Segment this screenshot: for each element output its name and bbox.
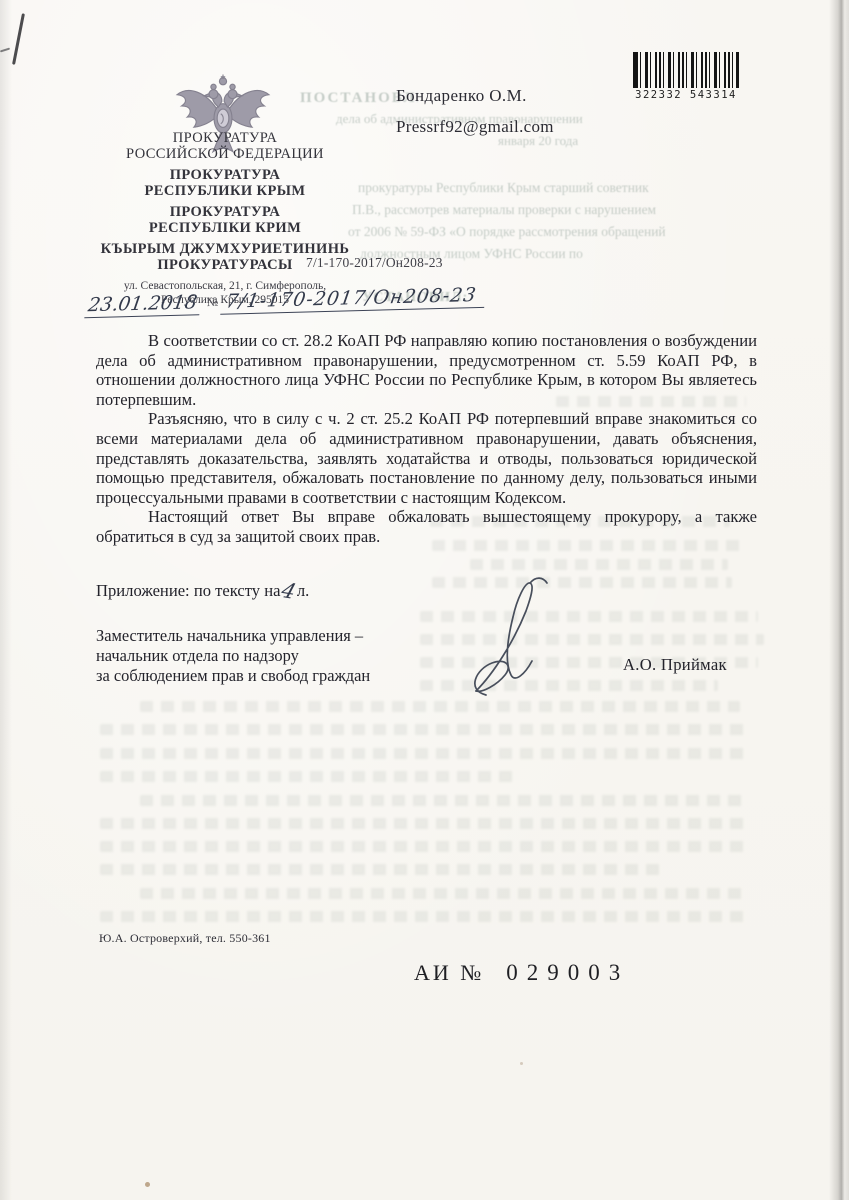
org-name-line: ПРОКУРАТУРА — [70, 168, 380, 184]
signer-position-line: Заместитель начальника управления – — [96, 626, 370, 646]
bleedthrough-bar — [100, 841, 750, 852]
scan-speck — [145, 1182, 150, 1187]
form-number-stamp: АИ №029003 — [414, 960, 629, 986]
recipient-name: Бондаренко О.М. — [396, 86, 527, 106]
letter-body: В соответствии со ст. 28.2 КоАП РФ напра… — [96, 331, 757, 547]
signer-position: Заместитель начальника управления – нача… — [96, 626, 370, 686]
signer-name: А.О. Приймак — [623, 655, 727, 675]
org-name-line: РЕСПУБЛІКИ КРИМ — [70, 221, 380, 237]
org-name-line: РЕСПУБЛИКИ КРЫМ — [70, 184, 380, 200]
bleedthrough-bar — [140, 888, 748, 899]
org-name-line: РОССИЙСКОЙ ФЕДЕРАЦИИ — [70, 147, 380, 163]
bleedthrough-bar — [100, 818, 750, 829]
signer-position-line: за соблюдением прав и свобод граждан — [96, 666, 370, 686]
body-paragraph: Разъясняю, что в силу с ч. 2 ст. 25.2 Ко… — [96, 409, 757, 507]
typed-reference-number: 7/1-170-2017/Он208-23 — [306, 255, 443, 271]
bleedthrough-bar — [100, 748, 750, 759]
letterhead: ПРОКУРАТУРА РОССИЙСКОЙ ФЕДЕРАЦИИ ПРОКУРА… — [70, 131, 380, 307]
barcode-digits: 322332 543314 — [633, 89, 739, 101]
scanned-letter-page: ПОСТАНОВЛЕНИЕ дела об административном п… — [0, 0, 849, 1200]
bleedthrough-bar — [470, 559, 728, 570]
barcode-bars — [633, 52, 739, 88]
bleedthrough-bar — [100, 864, 660, 875]
bleedthrough-bar — [140, 795, 748, 806]
bleedthrough-bar — [100, 771, 520, 782]
executor-contact: Ю.А. Островерхий, тел. 550-361 — [99, 931, 271, 946]
bleedthrough-bar — [100, 724, 750, 735]
scan-artifact-line — [12, 13, 24, 65]
stamp-prefix: АИ № — [414, 960, 484, 985]
body-paragraph: Настоящий ответ Вы вправе обжаловать выш… — [96, 507, 757, 546]
number-sign: № — [207, 295, 219, 310]
attachment-line: Приложение: по тексту на4л. — [96, 579, 309, 603]
body-paragraph: В соответствии со ст. 28.2 КоАП РФ напра… — [96, 331, 757, 409]
handwritten-page-count: 4 — [278, 578, 298, 603]
scan-speck — [520, 1062, 523, 1065]
org-name-line: ПРОКУРАТУРА — [70, 131, 380, 147]
recipient-email: Pressrf92@gmail.com — [396, 117, 554, 137]
handwritten-signature — [452, 575, 582, 700]
barcode: 322332 543314 — [633, 52, 739, 101]
bleedthrough-line: прокуратуры Республики Крым старший сове… — [358, 180, 649, 196]
scan-edge-shade-right — [829, 0, 849, 1200]
attachment-suffix: л. — [297, 581, 309, 600]
bleedthrough-bar — [100, 911, 750, 922]
org-name-line: ПРОКУРАТУРА — [70, 205, 380, 221]
bleedthrough-line: от 2006 № 59-ФЗ «О порядке рассмотрения … — [348, 224, 666, 240]
bleedthrough-bar — [140, 701, 740, 712]
signer-position-line: начальник отдела по надзору — [96, 646, 370, 666]
bleedthrough-line: П.В., рассмотрев материалы проверки с на… — [352, 202, 656, 218]
attachment-prefix: Приложение: по тексту на — [96, 581, 281, 600]
handwritten-date: 23.01.2018 — [84, 291, 202, 318]
stamp-number: 029003 — [506, 960, 629, 985]
scan-edge-shade-left — [0, 0, 12, 1200]
